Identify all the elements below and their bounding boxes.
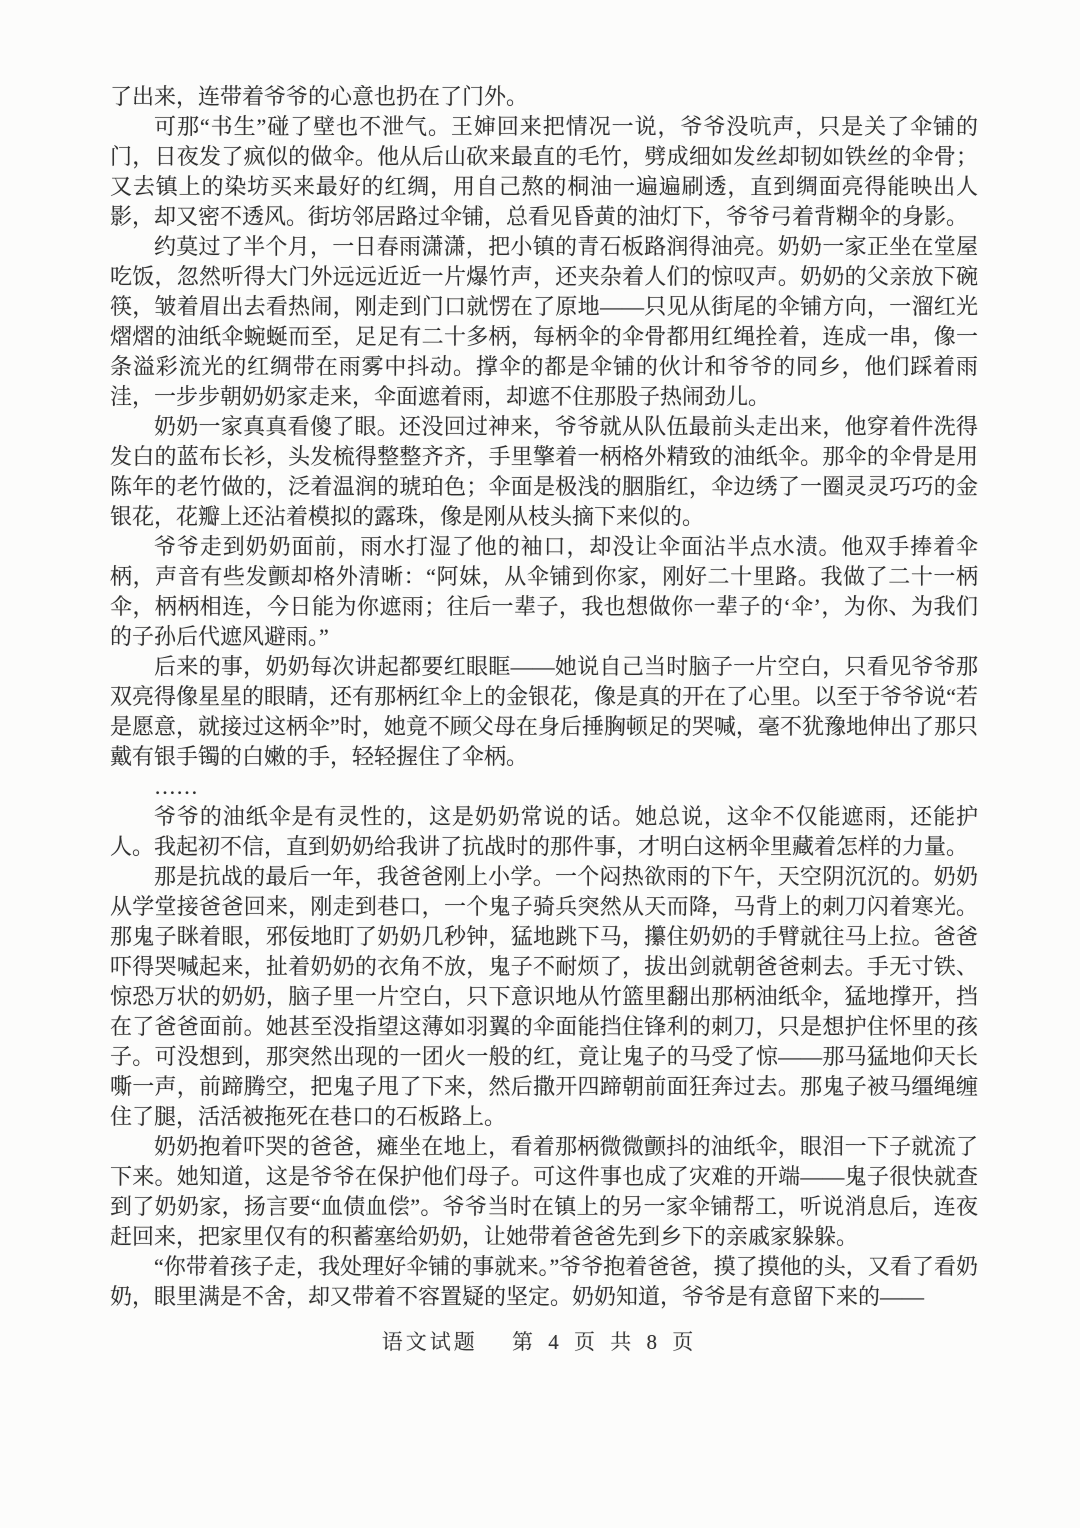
- paragraph: 爷爷走到奶奶面前，雨水打湿了他的袖口，却没让伞面沾半点水渍。他双手捧着伞柄，声音…: [110, 532, 978, 652]
- paragraph: 奶奶一家真真看傻了眼。还没回过神来，爷爷就从队伍最前头走出来，他穿着件洗得发白的…: [110, 412, 978, 532]
- paragraph: 爷爷的油纸伞是有灵性的，这是奶奶常说的话。她总说，这伞不仅能遮雨，还能护人。我起…: [110, 802, 978, 862]
- paragraph: 后来的事，奶奶每次讲起都要红眼眶——她说自己当时脑子一片空白，只看见爷爷那双亮得…: [110, 652, 978, 772]
- ellipsis-line: ……: [110, 772, 978, 802]
- page-footer: 语文试题 第 4 页 共 8 页: [0, 1326, 1080, 1356]
- paragraph: 那是抗战的最后一年，我爸爸刚上小学。一个闷热欲雨的下午，天空阴沉沉的。奶奶从学堂…: [110, 862, 978, 1132]
- exam-title: 语文试题: [382, 1330, 478, 1354]
- page-number-indicator: 第 4 页 共 8 页: [512, 1330, 698, 1354]
- paragraph: 奶奶抱着吓哭的爸爸，瘫坐在地上，看着那柄微微颤抖的油纸伞，眼泪一下子就流了下来。…: [110, 1132, 978, 1252]
- paragraph: 了出来，连带着爷爷的心意也扔在了门外。: [110, 82, 978, 112]
- document-page: 了出来，连带着爷爷的心意也扔在了门外。 可那“书生”碰了壁也不泄气。王婶回来把情…: [0, 0, 1080, 1528]
- paragraph: “你带着孩子走，我处理好伞铺的事就来。”爷爷抱着爸爸，摸了摸他的头，又看了看奶奶…: [110, 1252, 978, 1312]
- paragraph: 约莫过了半个月，一日春雨潇潇，把小镇的青石板路润得油亮。奶奶一家正坐在堂屋吃饭，…: [110, 232, 978, 412]
- paragraph: 可那“书生”碰了壁也不泄气。王婶回来把情况一说，爷爷没吭声，只是关了伞铺的门，日…: [110, 112, 978, 232]
- passage-text-block: 了出来，连带着爷爷的心意也扔在了门外。 可那“书生”碰了壁也不泄气。王婶回来把情…: [110, 82, 978, 1312]
